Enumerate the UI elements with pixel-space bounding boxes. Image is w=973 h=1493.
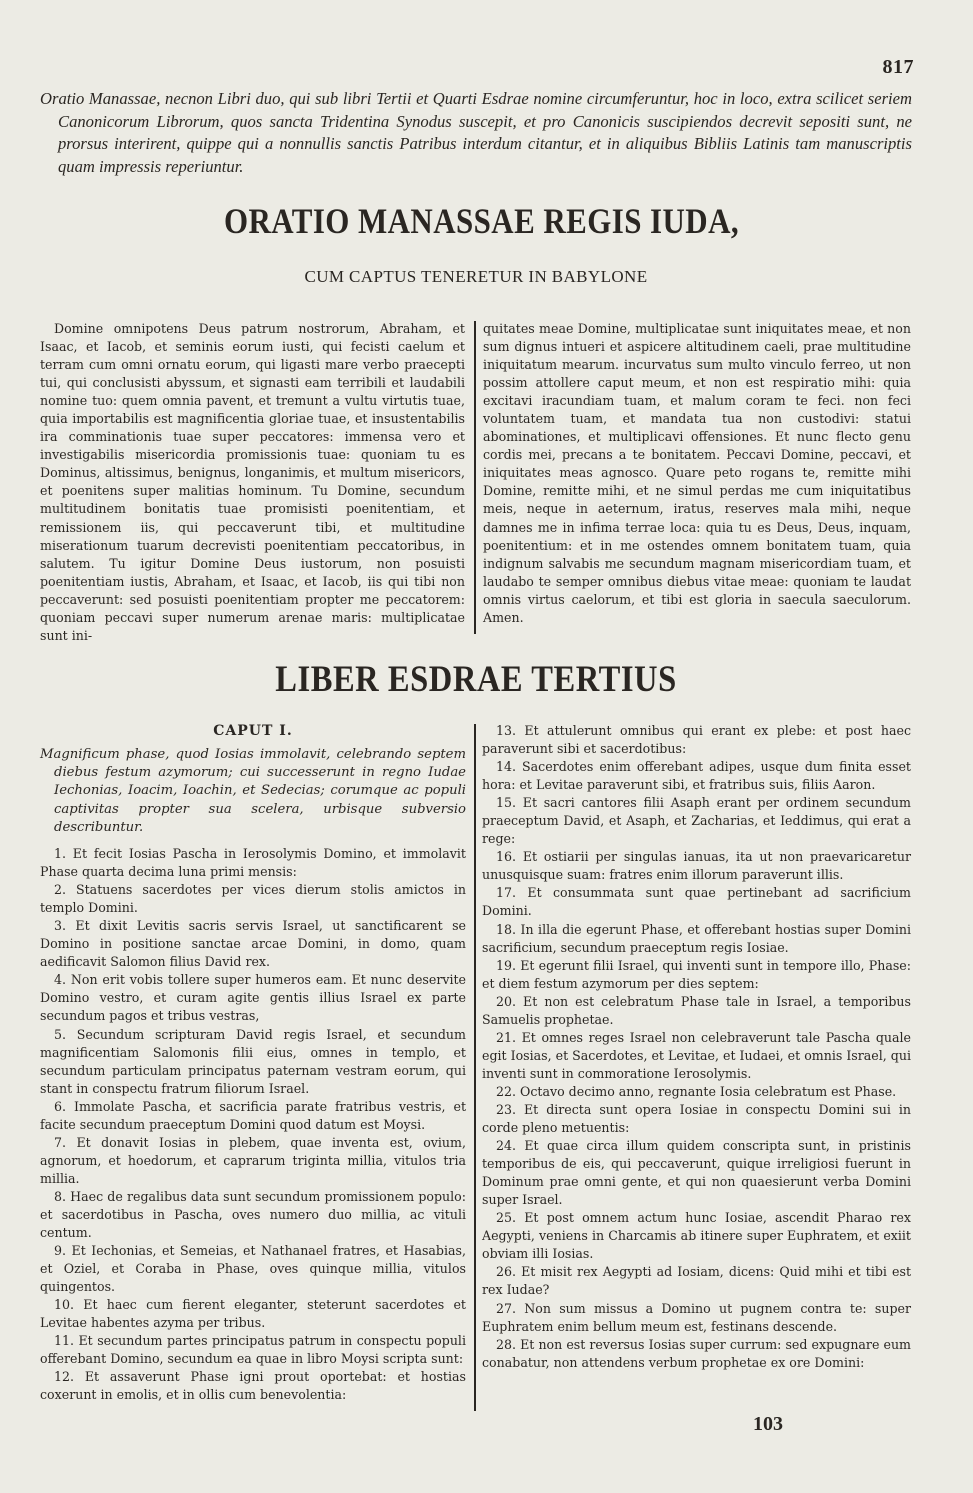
oratio-right-text: quitates meae Domine, multiplicatae sunt…: [483, 320, 911, 627]
oratio-right-column: quitates meae Domine, multiplicatae sunt…: [483, 320, 911, 627]
verse: 2. Statuens sacerdotes per vices dierum …: [40, 881, 466, 917]
verse: 9. Et Iechonias, et Semeias, et Nathanae…: [40, 1242, 466, 1296]
verse: 16. Et ostiarii per singulas ianuas, ita…: [482, 848, 911, 884]
verse: 24. Et quae circa illum quidem conscript…: [482, 1137, 911, 1209]
chapter-heading: CAPUT I.: [40, 722, 466, 740]
verse: 7. Et donavit Iosias in plebem, quae inv…: [40, 1134, 466, 1188]
liber-left-column: CAPUT I. Magnificum phase, quod Iosias i…: [40, 722, 466, 1405]
page-number-top: 817: [874, 56, 914, 79]
column-divider-bottom: [474, 724, 476, 1411]
preface-note: Oratio Manassae, necnon Libri duo, qui s…: [40, 88, 912, 178]
verse: 12. Et assaverunt Phase igni prout oport…: [40, 1368, 466, 1404]
verse: 15. Et sacri cantores filii Asaph erant …: [482, 794, 911, 848]
chapter-summary: Magnificum phase, quod Iosias immolavit,…: [40, 746, 466, 837]
verse: 14. Sacerdotes enim offerebant adipes, u…: [482, 758, 911, 794]
verse: 4. Non erit vobis tollere super humeros …: [40, 971, 466, 1025]
liber-right-column: 13. Et attulerunt omnibus qui erant ex p…: [482, 722, 911, 1372]
verse: 18. In illa die egerunt Phase, et offere…: [482, 921, 911, 957]
verse: 8. Haec de regalibus data sunt secundum …: [40, 1188, 466, 1242]
verse: 27. Non sum missus a Domino ut pugnem co…: [482, 1300, 911, 1336]
verse: 17. Et consummata sunt quae pertinebant …: [482, 884, 911, 920]
verse: 23. Et directa sunt opera Iosiae in cons…: [482, 1101, 911, 1137]
verse: 10. Et haec cum fierent eleganter, stete…: [40, 1296, 466, 1332]
verse: 5. Secundum scripturam David regis Israe…: [40, 1026, 466, 1098]
oratio-left-column: Domine omnipotens Deus patrum nostrorum,…: [40, 320, 465, 645]
oratio-subtitle: CUM CAPTUS TENERETUR IN BABYLONE: [0, 267, 952, 287]
preface-text: Oratio Manassae, necnon Libri duo, qui s…: [40, 88, 912, 178]
verse: 21. Et omnes reges Israel non celebraver…: [482, 1029, 911, 1083]
verse: 19. Et egerunt filii Israel, qui inventi…: [482, 957, 911, 993]
oratio-left-text: Domine omnipotens Deus patrum nostrorum,…: [40, 320, 465, 645]
verse: 22. Octavo decimo anno, regnante Iosia c…: [482, 1083, 911, 1101]
verse: 28. Et non est reversus Iosias super cur…: [482, 1336, 911, 1372]
liber-title: LIBER ESDRAE TERTIUS: [57, 658, 895, 701]
verse: 3. Et dixit Levitis sacris servis Israel…: [40, 917, 466, 971]
verse: 13. Et attulerunt omnibus qui erant ex p…: [482, 722, 911, 758]
verse: 6. Immolate Pascha, et sacrificia parate…: [40, 1098, 466, 1134]
verse: 26. Et misit rex Aegypti ad Iosiam, dice…: [482, 1263, 911, 1299]
oratio-title: ORATIO MANASSAE REGIS IUDA,: [67, 200, 895, 242]
page-number-bottom: 103: [738, 1413, 798, 1436]
verse: 11. Et secundum partes principatus patru…: [40, 1332, 466, 1368]
column-divider-top: [474, 321, 476, 634]
verse: 1. Et fecit Iosias Pascha in Ierosolymis…: [40, 845, 466, 881]
verse: 25. Et post omnem actum hunc Iosiae, asc…: [482, 1209, 911, 1263]
verse: 20. Et non est celebratum Phase tale in …: [482, 993, 911, 1029]
